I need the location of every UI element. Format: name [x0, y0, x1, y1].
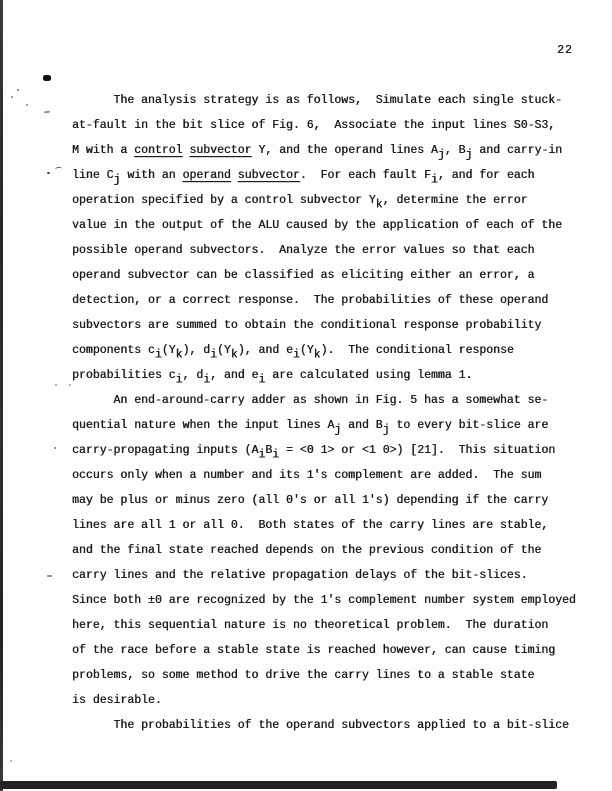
margin-pencil-dash — [47, 575, 52, 577]
text-line: operand subvector can be classified as e… — [72, 263, 597, 288]
text-line: value in the output of the ALU caused by… — [72, 213, 597, 238]
text-line: at-fault in the bit slice of Fig. 6, Ass… — [72, 113, 597, 138]
text-line: The analysis strategy is as follows, Sim… — [72, 88, 597, 113]
text-line: quential nature when the input lines Aj … — [72, 413, 597, 438]
paragraph: An end-around-carry adder as shown in Fi… — [72, 388, 597, 713]
scan-speck — [26, 104, 28, 106]
text-line: The probabilities of the operand subvect… — [72, 713, 597, 738]
text-line: subvectors are summed to obtain the cond… — [72, 313, 597, 338]
scan-edge-strip — [0, 0, 3, 791]
scan-smudge — [44, 111, 50, 114]
text-line: here, this sequential nature is no theor… — [72, 613, 597, 638]
text-line: M with a control subvector Y, and the op… — [72, 138, 597, 163]
text-line: operation specified by a control subvect… — [72, 188, 597, 213]
scan-speck — [10, 760, 12, 762]
text-line: problems, so some method to drive the ca… — [72, 663, 597, 688]
text-line: detection, or a correct response. The pr… — [72, 288, 597, 313]
ink-blob-artifact — [43, 75, 51, 81]
scan-speck — [69, 384, 71, 386]
text-block: The analysis strategy is as follows, Sim… — [72, 88, 597, 738]
text-line: line Cj with an operand subvector. For e… — [72, 163, 597, 188]
text-line: of the race before a stable state is rea… — [72, 638, 597, 663]
text-line: and the final state reached depends on t… — [72, 538, 597, 563]
scanned-paper-page: 22 The analysis strategy is as follows, … — [0, 0, 612, 791]
text-line: possible operand subvectors. Analyze the… — [72, 238, 597, 263]
text-line: lines are all 1 or all 0. Both states of… — [72, 513, 597, 538]
text-line: is desirable. — [72, 688, 597, 713]
paragraph: The probabilities of the operand subvect… — [72, 713, 597, 738]
scan-speck — [11, 96, 13, 98]
paragraph: The analysis strategy is as follows, Sim… — [72, 88, 597, 388]
margin-pencil-caret — [55, 167, 62, 172]
text-line: An end-around-carry adder as shown in Fi… — [72, 388, 597, 413]
text-line: Since both ±0 are recognized by the 1's … — [72, 588, 597, 613]
text-line: may be plus or minus zero (all 0's or al… — [72, 488, 597, 513]
text-line: components ci(Yk), di(Yk), and ei(Yk). T… — [72, 338, 597, 363]
text-line: carry lines and the relative propagation… — [72, 563, 597, 588]
scan-speck — [17, 89, 19, 91]
text-line: occurs only when a number and its 1's co… — [72, 463, 597, 488]
scan-speck — [54, 447, 56, 449]
margin-pencil-dot — [47, 172, 50, 174]
scan-speck — [55, 384, 57, 386]
text-line: probabilities ci, di, and ei are calcula… — [72, 363, 597, 388]
page-number: 22 — [557, 44, 573, 57]
scanner-bar — [0, 781, 557, 789]
